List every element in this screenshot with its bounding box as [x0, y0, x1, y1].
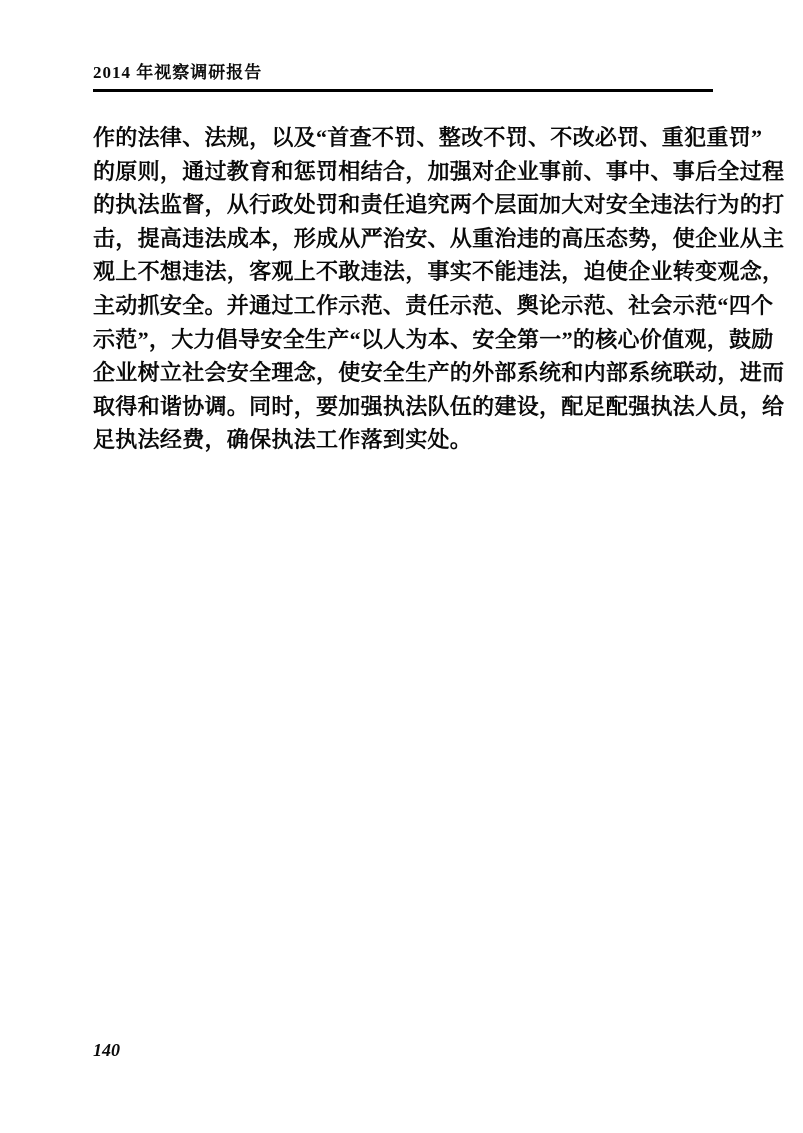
document-page: 2014 年视察调研报告 作的法律、法规，以及“首查不罚、整改不罚、不改必罚、重…: [0, 0, 803, 1133]
paragraph-line: 取得和谐协调。同时，要加强执法队伍的建设，配足配强执法人员，给: [93, 390, 714, 424]
header-divider-rule: [93, 89, 713, 92]
body-paragraph: 作的法律、法规，以及“首查不罚、整改不罚、不改必罚、重犯重罚” 的原则，通过教育…: [93, 121, 714, 457]
paragraph-line: 示范”，大力倡导安全生产“以人为本、安全第一”的核心价值观，鼓励: [93, 323, 714, 357]
paragraph-line: 观上不想违法，客观上不敢违法，事实不能违法，迫使企业转变观念，: [93, 255, 714, 289]
paragraph-line: 作的法律、法规，以及“首查不罚、整改不罚、不改必罚、重犯重罚”: [93, 121, 714, 155]
page-number: 140: [93, 1040, 120, 1061]
paragraph-line: 主动抓安全。并通过工作示范、责任示范、舆论示范、社会示范“四个: [93, 289, 714, 323]
paragraph-line-last: 足执法经费，确保执法工作落到实处。: [93, 423, 714, 457]
paragraph-line: 的执法监督，从行政处罚和责任追究两个层面加大对安全违法行为的打: [93, 188, 714, 222]
paragraph-line: 击，提高违法成本，形成从严治安、从重治违的高压态势，使企业从主: [93, 222, 714, 256]
report-header-title: 2014 年视察调研报告: [93, 62, 713, 84]
paragraph-line: 企业树立社会安全理念，使安全生产的外部系统和内部系统联动，进而: [93, 356, 714, 390]
page-header: 2014 年视察调研报告: [93, 62, 713, 92]
page-footer: 140: [93, 1040, 120, 1061]
paragraph-line: 的原则，通过教育和惩罚相结合，加强对企业事前、事中、事后全过程: [93, 155, 714, 189]
